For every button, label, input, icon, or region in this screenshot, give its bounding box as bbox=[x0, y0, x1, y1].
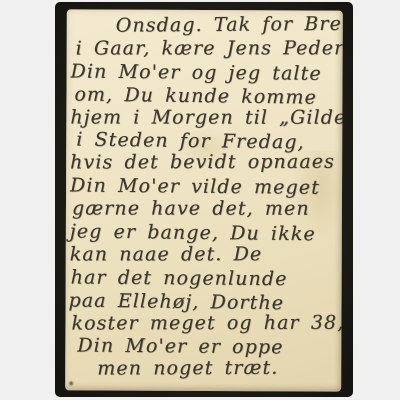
paper-corner-speck bbox=[68, 380, 74, 386]
handwritten-line: gærne have det, men bbox=[72, 198, 342, 221]
handwritten-line: hjem i Morgen til „Gildet“, bbox=[70, 106, 342, 129]
letter-paper: Onsdag. Tak for Brev i Gaar, kære Jens P… bbox=[65, 9, 343, 391]
handwritten-line: kan naae det. De bbox=[70, 243, 342, 266]
handwritten-line: hvis det bevidt opnaaes bbox=[70, 151, 342, 175]
handwritten-line: Onsdag. Tak for Brev bbox=[116, 13, 343, 38]
handwritten-line: men noget træt. bbox=[97, 357, 341, 381]
handwritten-letter-text: Onsdag. Tak for Brev i Gaar, kære Jens P… bbox=[68, 14, 343, 381]
scan-background: Onsdag. Tak for Brev i Gaar, kære Jens P… bbox=[0, 0, 400, 400]
handwritten-line: Din Mo'er og jeg talte bbox=[70, 60, 342, 86]
handwritten-line: i Gaar, kære Jens Peder! bbox=[76, 37, 343, 60]
handwritten-line: Din Mo'er vilde meget bbox=[70, 175, 342, 201]
handwritten-line: koster meget og har 38, bbox=[71, 311, 341, 335]
photo-backdrop: Onsdag. Tak for Brev i Gaar, kære Jens P… bbox=[55, 2, 353, 397]
handwritten-line: har det nogenlunde bbox=[71, 266, 342, 291]
